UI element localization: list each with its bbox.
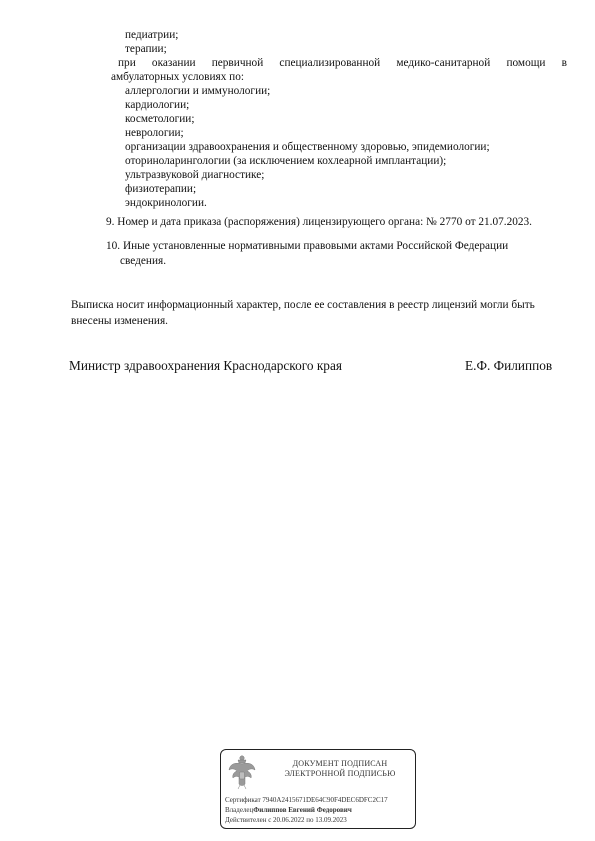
list-item: организации здравоохранения и общественн… (125, 140, 490, 154)
stamp-heading-line1: ДОКУМЕНТ ПОДПИСАН (265, 759, 415, 769)
signatory-title: Министр здравоохранения Краснодарского к… (69, 358, 342, 374)
section-intro-line1: при оказании первичной специализированно… (118, 56, 567, 70)
certificate-label: Сертификат (225, 796, 261, 804)
list-item: педиатрии; (125, 28, 178, 42)
item-9: 9. Номер и дата приказа (распоряжения) л… (106, 215, 532, 229)
owner-row: ВладелецФилиппов Евгений Федорович (225, 806, 352, 815)
item-10-line2: сведения. (120, 254, 166, 268)
list-item: эндокринологии. (125, 196, 207, 210)
list-item: терапии; (125, 42, 167, 56)
stamp-heading-line2: ЭЛЕКТРОННОЙ ПОДПИСЬЮ (265, 769, 415, 779)
list-item: ультразвуковой диагностике; (125, 168, 264, 182)
section-intro-line2: амбулаторных условиях по: (111, 70, 244, 84)
certificate-value: 7940A2415671DE64C90F4DEC6DFC2C17 (262, 796, 387, 804)
e-signature-stamp: ДОКУМЕНТ ПОДПИСАН ЭЛЕКТРОННОЙ ПОДПИСЬЮ С… (220, 749, 416, 829)
coat-of-arms-icon (227, 754, 257, 790)
validity-row: Действителен с 20.06.2022 по 13.09.2023 (225, 816, 347, 825)
list-item: оториноларингологии (за исключением кохл… (125, 154, 446, 168)
signatory-name: Е.Ф. Филиппов (465, 358, 552, 374)
list-item: кардиологии; (125, 98, 189, 112)
list-item: косметологии; (125, 112, 194, 126)
owner-value: Филиппов Евгений Федорович (253, 806, 351, 814)
notice-line1: Выписка носит информационный характер, п… (71, 298, 535, 312)
list-item: неврологии; (125, 126, 184, 140)
certificate-row: Сертификат 7940A2415671DE64C90F4DEC6DFC2… (225, 796, 388, 805)
list-item: физиотерапии; (125, 182, 196, 196)
item-10-line1: 10. Иные установленные нормативными прав… (106, 239, 508, 253)
list-item: аллергологии и иммунологии; (125, 84, 270, 98)
notice-line2: внесены изменения. (71, 314, 168, 328)
owner-label: Владелец (225, 806, 253, 814)
